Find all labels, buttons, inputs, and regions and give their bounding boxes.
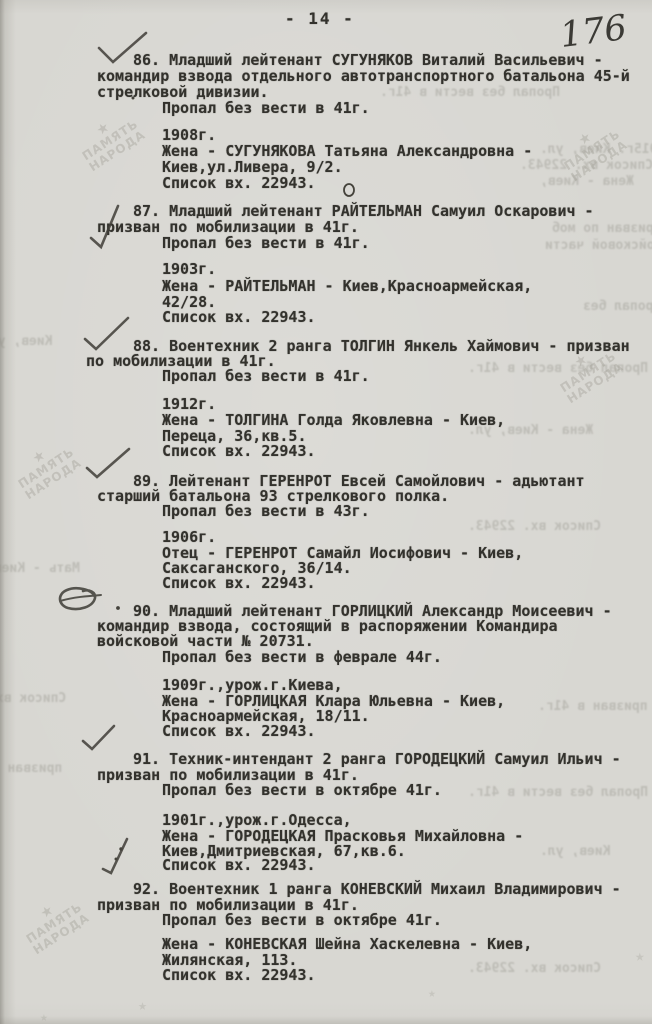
text-line: Киев,ул.Ливера, 9/2.: [162, 160, 343, 175]
handwritten-marks-layer: [0, 0, 652, 1024]
text-line: Отец - ГЕРЕНРОТ Самайл Иосифович - Киев,: [162, 546, 523, 561]
ink-dot-icon: [115, 858, 117, 860]
text-line: 92. Воентехник 1 ранга КОНЕВСКИЙ Михаил …: [133, 882, 621, 897]
text-line: Список вх. 22943.: [162, 724, 316, 739]
watermark-text: НАРОДА: [569, 138, 630, 184]
text-line: Жилянская, 113.: [162, 953, 297, 968]
text-line: Список вх. 22943.: [162, 310, 316, 325]
text-line: 1906г.: [162, 530, 216, 545]
checkmark-record-88-icon: [85, 318, 128, 349]
watermark-text: НАРОДА: [565, 360, 626, 406]
archive-watermark-stamp: ★ПАМЯТЬНАРОДА: [550, 338, 626, 407]
watermark-text: НАРОДА: [23, 456, 84, 502]
archive-watermark-stamp: ★ПАМЯТЬНАРОДА: [72, 106, 148, 175]
bleed-through-text: Киев, ул.: [0, 335, 52, 348]
text-line: Жена - ГОРЛИЦКАЯ Клара Юльевна - Киев,: [162, 694, 505, 709]
text-line: Жена - ТОЛГИНА Голда Яковлевна - Киев,: [162, 413, 505, 428]
text-line: Список вх. 22943.: [162, 576, 316, 591]
record-91: 91. Техник-интендант 2 ранга ГОРОДЕЦКИЙ …: [0, 0, 652, 1024]
record-86: 86. Младший лейтенант СУГУНЯКОВ Виталий …: [0, 0, 652, 1024]
watermark-text: НАРОДА: [31, 911, 92, 957]
text-line: 87. Младший лейтенант РАЙТЕЛЬМАН Самуил …: [133, 204, 594, 219]
text-line: призван по мобилизации в 41г.: [97, 898, 359, 913]
bleed-through-text: Пропал без: [583, 300, 652, 313]
ink-dot-icon: [132, 97, 134, 99]
text-line: 1908г.: [162, 128, 216, 143]
text-line: Список вх. 22943.: [162, 444, 316, 459]
text-line: 86. Младший лейтенант СУГУНЯКОВ Виталий …: [133, 53, 603, 68]
record-87: 87. Младший лейтенант РАЙТЕЛЬМАН Самуил …: [0, 0, 652, 1024]
bleed-through-text: Мать - Киев,: [0, 562, 80, 575]
bleed-through-text: Пропал без вести в 41г.: [468, 786, 648, 799]
watermark-star-icon: ★: [16, 889, 78, 936]
bleed-through-text: Жена - Киев,: [540, 175, 634, 188]
text-line: командир взвода отдельного автотранспорт…: [97, 69, 630, 84]
text-line: Пропал без вести в октябре 41г.: [162, 783, 442, 798]
bleed-through-text: призван в 41г.: [538, 700, 648, 713]
watermark-star-icon: ★: [8, 434, 70, 481]
archive-watermark-stamp: ★ПАМЯТЬНАРОДА: [8, 434, 84, 503]
faint-star-icon: ★: [196, 84, 203, 98]
record-92: 92. Воентехник 1 ранга КОНЕВСКИЙ Михаил …: [0, 0, 652, 1024]
text-line: 90. Младший лейтенант ГОРЛИЦКИЙ Александ…: [133, 604, 612, 619]
faint-star-icon: ★: [138, 996, 147, 1014]
watermark-text: ПАМЯТЬ: [16, 445, 77, 491]
text-line: Список вх. 22943.: [162, 176, 316, 191]
text-line: 1909г.,урож.г.Киева,: [162, 678, 343, 693]
text-line: Список вх. 22943.: [162, 968, 316, 983]
watermark-star-icon: ★: [550, 338, 612, 385]
bleed-through-text: 1915г. Киев, ул.: [540, 143, 652, 156]
checkmark-record-87-icon: [91, 206, 118, 247]
text-line: стрелковой дивизии.: [97, 85, 269, 100]
archive-watermark-stamp: ★ПАМЯТЬНАРОДА: [554, 116, 630, 185]
bleed-through-text: Киев, ул.: [540, 845, 610, 858]
faint-star-icon: ★: [428, 986, 436, 1001]
bleed-through-text: призван по моб: [552, 222, 652, 235]
watermark-text: ПАМЯТЬ: [24, 900, 85, 946]
text-line: Пропал без вести в феврале 44г.: [162, 650, 442, 665]
text-line: Пропал без вести в 41г.: [162, 369, 370, 384]
archive-watermark-stamp: ★ПАМЯТЬНАРОДА: [16, 889, 92, 958]
faint-star-icon: ★: [635, 946, 645, 965]
checkmark-record-91-icon: [83, 726, 114, 749]
record-89: 89. Лейтенант ГЕРЕНРОТ Евсей Самойлович …: [0, 0, 652, 1024]
script-d-mark-record-90-icon: [60, 588, 95, 609]
page-number-typed: - 14 -: [285, 9, 355, 28]
handwritten-o-annotation-icon: [344, 184, 354, 196]
checkmark-record-92-icon: [103, 839, 127, 873]
text-line: 1903г.: [162, 262, 216, 277]
text-line: Список вх. 22943.: [162, 858, 316, 873]
watermark-text: ПАМЯТЬ: [80, 117, 141, 163]
checkmark-record-89-icon: [87, 449, 129, 477]
text-line: 42/28.: [162, 295, 216, 310]
bleed-through-text: Список вх. 22943.: [468, 962, 601, 975]
bleed-through-text: призван по: [0, 762, 62, 775]
text-line: Переца, 36,кв.5.: [162, 429, 307, 444]
text-line: 91. Техник-интендант 2 ранга ГОРОДЕЦКИЙ …: [133, 752, 621, 767]
checkmark-record-86-icon: [99, 33, 146, 62]
text-line: 89. Лейтенант ГЕРЕНРОТ Евсей Самойлович …: [133, 474, 585, 489]
text-line: Жена - КОНЕВСКАЯ Шейна Хаскелевна - Киев…: [162, 937, 532, 952]
text-line: Жена - РАЙТЕЛЬМАН - Киев,Красноармейская…: [162, 279, 532, 294]
script-d-mark-stroke-icon: [60, 595, 101, 601]
bleed-through-text: Пропал без вести в 41г.: [380, 86, 560, 99]
watermark-text: НАРОДА: [87, 128, 148, 174]
record-90: 90. Младший лейтенант ГОРЛИЦКИЙ Александ…: [0, 0, 652, 1024]
text-line: Пропал без вести в октябре 41г.: [162, 913, 442, 928]
text-line: Жена - ГОРОДЕЦКАЯ Прасковья Михайловна -: [162, 829, 523, 844]
text-line: 1912г.: [162, 397, 216, 412]
text-line: войсковой части № 20731.: [97, 634, 314, 649]
text-line: Киев,Дмитриевская, 67,кв.6.: [162, 844, 406, 859]
text-line: Пропал без вести в 41г.: [162, 236, 370, 251]
watermark-text: ПАМЯТЬ: [558, 349, 619, 395]
text-line: 1901г.,урож.г.Одесса,: [162, 813, 352, 828]
text-line: призван по мобилизации в 41г.: [97, 220, 359, 235]
text-line: Жена - СУГУНЯКОВА Татьяна Александровна …: [162, 144, 532, 159]
ink-dot-icon: [120, 848, 122, 850]
bleed-through-text: Пропал без вести в 41г.: [468, 362, 648, 375]
watermark-text: ПАМЯТЬ: [562, 127, 623, 173]
text-line: Красноармейская, 18/11.: [162, 709, 370, 724]
handwritten-page-number: 176: [558, 8, 629, 56]
text-line: командир взвода, состоящий в распоряжени…: [97, 619, 558, 634]
bleed-through-text: войсковой части: [545, 239, 652, 252]
scanned-document-page: - 14 - 176 86. Младший лейтенант СУГУНЯК…: [0, 0, 652, 1024]
text-line: старший батальона 93 стрелкового полка.: [97, 489, 449, 504]
bleed-through-text: Список вх. 22943.: [468, 520, 601, 533]
faint-star-icon: ★: [40, 1010, 48, 1024]
text-line: Пропал без вести в 43г.: [162, 504, 370, 519]
text-line: 88. Воентехник 2 ранга ТОЛГИН Янкель Хай…: [133, 339, 630, 354]
watermark-star-icon: ★: [72, 106, 134, 153]
text-line: Саксаганского, 36/14.: [162, 561, 352, 576]
text-line: Пропал без вести в 41г.: [162, 101, 370, 116]
bleed-through-text: Список вх. 22943.: [520, 159, 652, 172]
bleed-through-text: Список вх.: [0, 692, 66, 705]
text-line: по мобилизации в 41г.: [86, 354, 276, 369]
bleed-through-text: Жена - Киев, ул.: [468, 424, 593, 437]
text-line: призван по мобилизации в 41г.: [97, 768, 359, 783]
ink-dot-icon: [117, 607, 120, 610]
watermark-star-icon: ★: [554, 116, 616, 163]
record-88: 88. Воентехник 2 ранга ТОЛГИН Янкель Хай…: [0, 0, 652, 1024]
